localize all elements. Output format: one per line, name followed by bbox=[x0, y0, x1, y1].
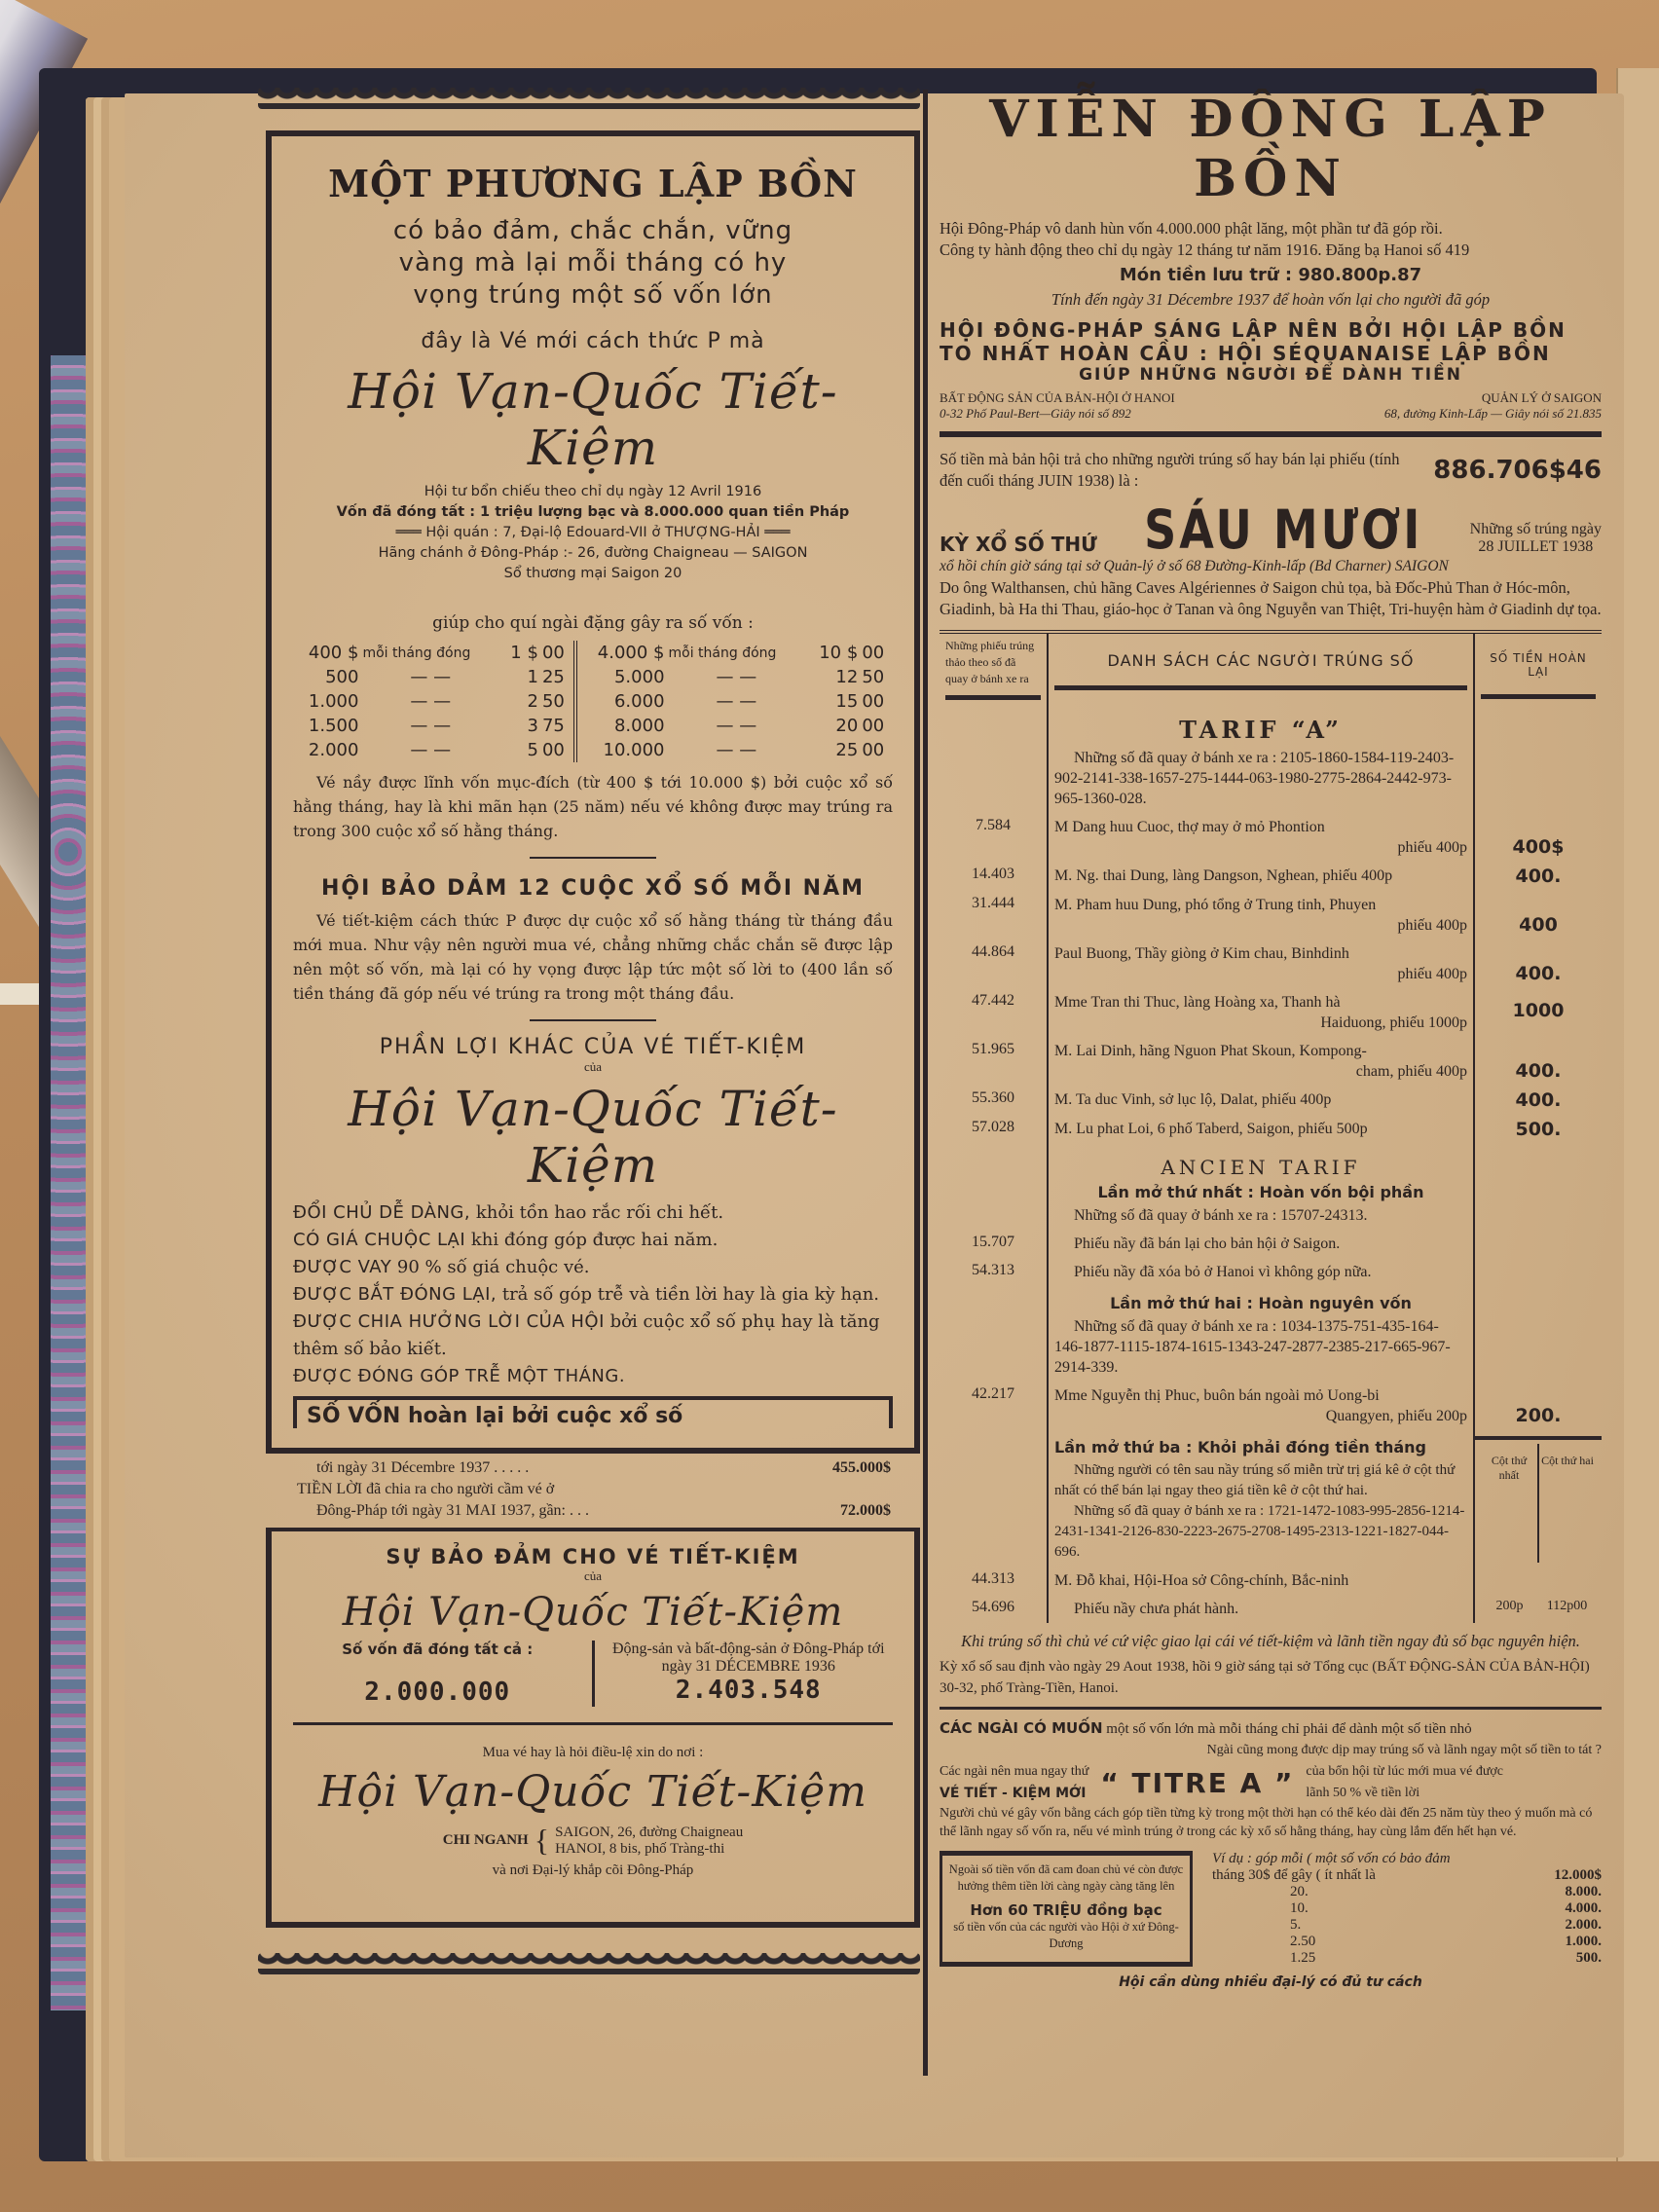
examples: Ví dụ : góp mỗi ( một số vốn có bảo đảm … bbox=[1212, 1851, 1602, 1967]
winner-entry: Paul Buong, Thầy giòng ở Kim chau, Binhd… bbox=[1047, 940, 1475, 988]
dollars-a: 5 bbox=[500, 738, 540, 762]
titre-a: “ TITRE A ” bbox=[1100, 1767, 1294, 1799]
col-second-head: Cột thứ hai bbox=[1539, 1444, 1596, 1563]
capital-b: 6.000 bbox=[575, 689, 666, 714]
capital-a: 500 bbox=[293, 665, 360, 689]
ad2-company: Hội Vạn-Quốc Tiết-Kiệm bbox=[293, 1590, 893, 1635]
dollars-a: 1 $ bbox=[500, 641, 540, 665]
buy-left-2: VÉ TIẾT - KIỆM MỚI bbox=[940, 1783, 1088, 1804]
box-text-2: số tiền vốn của các người vào Hội ở xứ Đ… bbox=[948, 1919, 1184, 1952]
dollars-a: 3 bbox=[500, 714, 540, 738]
assets-label: Động-sản và bất-động-sản ở Đông-Pháp tới… bbox=[605, 1641, 894, 1676]
assets-value: 2.403.548 bbox=[605, 1676, 894, 1705]
divider bbox=[293, 1722, 893, 1725]
label-a: — — bbox=[360, 714, 500, 738]
ad1-company: Hội Vạn-Quốc Tiết-Kiệm bbox=[293, 363, 893, 476]
lottery-header: KỲ XỔ SỐ THỨ SÁU MƯƠI Những số trúng ngà… bbox=[940, 503, 1602, 556]
rates-row: 500 — — 1 25 5.000 — — 12 50 bbox=[293, 665, 893, 689]
dollars-b: 15 bbox=[806, 689, 860, 714]
benefit-item: ĐƯỢC VAY 90 % số giá chuộc vé. bbox=[293, 1254, 893, 1281]
intro-line-2: Công ty hành động theo chỉ dụ ngày 12 th… bbox=[940, 240, 1602, 261]
repaid-details: tới ngày 31 Décembre 1937 . . . . .455.0… bbox=[258, 1454, 920, 1522]
cents-b: 00 bbox=[860, 689, 893, 714]
right-title: VIỄN ĐÔNG LẬP BỒN bbox=[940, 90, 1602, 208]
divider bbox=[530, 1019, 656, 1021]
address-left: 0-32 Phố Paul-Bert—Giây nói số 892 bbox=[940, 406, 1175, 422]
guarantee-heading: HỘI BẢO DẢM 12 CUỘC XỔ SỐ MỖI NĂM bbox=[293, 876, 893, 901]
cents-b: 00 bbox=[860, 714, 893, 738]
rates-row: 400 $ mỗi tháng đóng 1 $ 00 4.000 $ mỗi … bbox=[293, 641, 893, 665]
promo-explain: Người chủ vé gây vốn bằng cách góp tiền … bbox=[940, 1804, 1602, 1841]
second-drawn: Những số đã quay ở bánh xe ra : 1034-137… bbox=[1054, 1316, 1467, 1378]
label-b: — — bbox=[667, 738, 807, 762]
ad2-figures: Số vốn đã đóng tất cả : 2.000.000 Động-s… bbox=[293, 1641, 893, 1707]
notice: Khi trúng số thì chủ vé cứ việc giao lại… bbox=[940, 1631, 1602, 1652]
dollars-b: 20 bbox=[806, 714, 860, 738]
winner-amount: 400. bbox=[1475, 940, 1602, 988]
capital-a: 2.000 bbox=[293, 738, 360, 762]
lottery-number: SÁU MƯƠI bbox=[1144, 498, 1422, 562]
capital-a: 400 $ bbox=[293, 641, 360, 665]
branch-saigon: SAIGON, 26, đường Chaigneau bbox=[555, 1825, 743, 1841]
header-names: DANH SÁCH CÁC NGƯỜI TRÚNG SỐ bbox=[1054, 638, 1467, 690]
col-first-head: Cột thứ nhất bbox=[1481, 1444, 1539, 1563]
benefit-item: ĐƯỢC ĐÓNG GÓP TRỄ MỘT THÁNG. bbox=[293, 1363, 893, 1390]
of-label: của bbox=[293, 1059, 893, 1075]
ticket-number: 55.360 bbox=[940, 1086, 1047, 1115]
winner-entry: Mme Nguyễn thị Phuc, buôn bán ngoài mỏ U… bbox=[1047, 1382, 1475, 1430]
winner-entry: M. Ta duc Vinh, sở lục lộ, Dalat, phiếu … bbox=[1047, 1086, 1475, 1115]
ticket-note: Phiếu nầy đã bán lại cho bản hội ở Saigo… bbox=[1047, 1230, 1475, 1258]
capital-value: 2.000.000 bbox=[293, 1677, 582, 1707]
ticket-number: 54.313 bbox=[940, 1258, 1047, 1286]
dollars-a: 1 bbox=[500, 665, 540, 689]
ad2-of: của bbox=[293, 1568, 893, 1584]
col-amounts: SỐ TIỀN HOÀN LẠI bbox=[1475, 634, 1602, 704]
ad1-detail-4: Hãng chánh ở Đông-Pháp :- 26, đường Chai… bbox=[293, 543, 893, 564]
winner-amount: 400. bbox=[1475, 1037, 1602, 1086]
ad1-tagline-1: có bảo đảm, chắc chắn, vững bbox=[293, 215, 893, 247]
example-row: tháng 30$ để gây ( ít nhất là12.000$ bbox=[1212, 1867, 1602, 1884]
example-row: 10.4.000. bbox=[1212, 1900, 1602, 1917]
wavy-bottom-rule bbox=[258, 1953, 920, 1974]
ad-guarantee: SỰ BẢO ĐẢM CHO VÉ TIẾT-KIỆM của Hội Vạn-… bbox=[266, 1528, 920, 1928]
third-note: Những người có tên sau nầy trúng số miễn… bbox=[1054, 1460, 1467, 1501]
founded-line-2: TO NHẤT HOÀN CẦU : HỘI SÉQUANAISE LẬP BỒ… bbox=[940, 342, 1602, 365]
second-opening-head: Lần mở thứ hai : Hoàn nguyên vốn bbox=[1054, 1294, 1467, 1312]
rates-intro: giúp cho quí ngài đặng gây ra số vốn : bbox=[293, 613, 893, 633]
benefit-item: ĐỔI CHỦ DỄ DÀNG, khỏi tồn hao rắc rối ch… bbox=[293, 1199, 893, 1227]
label-b: — — bbox=[667, 665, 807, 689]
ticket-number: 47.442 bbox=[940, 988, 1047, 1037]
branches: CHI NGANH { SAIGON, 26, đường Chaigneau … bbox=[293, 1823, 893, 1859]
ancien-tarif-title: ANCIEN TARIF bbox=[1054, 1156, 1467, 1179]
profit-line-2: Đông-Pháp tới ngày 31 MAI 1937, gần: . .… bbox=[316, 1500, 589, 1522]
lottery-date: 28 JUILLET 1938 bbox=[1470, 538, 1602, 556]
capital-a: 1.500 bbox=[293, 714, 360, 738]
paid-amount: 886.706$46 bbox=[1433, 456, 1602, 485]
third-drawn: Những số đã quay ở bánh xe ra : 1721-147… bbox=[1054, 1501, 1467, 1563]
address-right: 68, đường Kinh-Lấp — Giây nói số 21.835 bbox=[1384, 406, 1602, 422]
winner-entry: M Dang huu Cuoc, thợ may ở mỏ Phontionph… bbox=[1047, 813, 1475, 862]
rates-table: 400 $ mỗi tháng đóng 1 $ 00 4.000 $ mỗi … bbox=[293, 641, 893, 762]
divider bbox=[592, 1641, 595, 1707]
promo-footer: Hội cần dùng nhiều đại-lý có đủ tư cách bbox=[940, 1974, 1602, 1990]
benefits-company: Hội Vạn-Quốc Tiết-Kiệm bbox=[293, 1081, 893, 1194]
header-amounts: SỐ TIỀN HOÀN LẠI bbox=[1481, 638, 1596, 699]
rates-note: Vé nầy được lĩnh vốn mục-đích (từ 400 $ … bbox=[293, 770, 893, 843]
founded-line-1: HỘI ĐÔNG-PHÁP SÁNG LẬP NÊN BỞI HỘI LẬP B… bbox=[940, 318, 1602, 342]
ad3-company: Hội Vạn-Quốc Tiết-Kiệm bbox=[293, 1767, 893, 1817]
label-a: — — bbox=[360, 689, 500, 714]
branch-hanoi: HANOI, 8 bis, phố Tràng-thi bbox=[555, 1841, 743, 1858]
ad1-tagline-2: vàng mà lại mỗi tháng có hy bbox=[293, 247, 893, 279]
intro-line-1: Hội Đông-Pháp vô danh hùn vốn 4.000.000 … bbox=[940, 218, 1602, 240]
winner-entry: M. Lu phat Loi, 6 phố Taberd, Saigon, ph… bbox=[1047, 1115, 1475, 1144]
guarantee-text: Vé tiết-kiệm cách thức P được dự cuộc xổ… bbox=[293, 908, 893, 1006]
cents-b: 00 bbox=[860, 738, 893, 762]
ad1-detail-1: Hội tư bổn chiếu theo chỉ dụ ngày 12 Avr… bbox=[293, 482, 893, 502]
winner-amount: 1000 bbox=[1475, 988, 1602, 1037]
capital-b: 4.000 $ bbox=[575, 641, 666, 665]
first-drawn: Những số đã quay ở bánh xe ra : 15707-24… bbox=[1054, 1205, 1467, 1226]
example-head: Ví dụ : góp mỗi ( một số vốn có bảo đảm bbox=[1212, 1851, 1602, 1867]
ad1-detail-3: ═══ Hội quán : 7, Đại-lộ Edouard-VII ở T… bbox=[293, 523, 893, 543]
dollars-b: 12 bbox=[806, 665, 860, 689]
col-second-value: 112p00 bbox=[1538, 1599, 1596, 1619]
ticket-note: Phiếu nầy chưa phát hành. bbox=[1047, 1595, 1475, 1623]
ticket-number: 42.217 bbox=[940, 1382, 1047, 1430]
label-b: — — bbox=[667, 714, 807, 738]
example-row: 20.8.000. bbox=[1212, 1884, 1602, 1900]
box-text-1: Ngoài số tiền vốn đã cam đoan chủ vé còn… bbox=[948, 1862, 1184, 1895]
label-b: — — bbox=[667, 689, 807, 714]
profit-amount: 72.000$ bbox=[840, 1500, 891, 1522]
lottery-label: KỲ XỔ SỐ THỨ bbox=[940, 533, 1097, 556]
column-rule bbox=[923, 90, 928, 2076]
divider bbox=[530, 857, 656, 859]
ticket-number: 15.707 bbox=[940, 1230, 1047, 1258]
repaid-amount: 455.000$ bbox=[832, 1457, 891, 1479]
ticket-number: 14.403 bbox=[940, 862, 1047, 891]
promo-bottom: Ngoài số tiền vốn đã cam đoan chủ vé còn… bbox=[940, 1851, 1602, 1967]
winner-entry: M. Lai Dinh, hãng Nguon Phat Skoun, Komp… bbox=[1047, 1037, 1475, 1086]
titre-a-promo: CÁC NGÀI CÓ MUỐN một số vốn lớn mà mỗi t… bbox=[940, 1717, 1602, 1990]
capital-a: 1.000 bbox=[293, 689, 360, 714]
paid-section: Số tiền mà bản hội trả cho những người t… bbox=[940, 449, 1602, 492]
promo-box: Ngoài số tiền vốn đã cam đoan chủ vé còn… bbox=[940, 1851, 1193, 1967]
reserve-note: Tính đến ngày 31 Décembre 1937 để hoàn v… bbox=[940, 289, 1602, 311]
example-row: 2.501.000. bbox=[1212, 1934, 1602, 1950]
label-a: mỗi tháng đóng bbox=[360, 641, 500, 665]
cents-a: 75 bbox=[540, 714, 575, 738]
benefit-item: CÓ GIÁ CHUỘC LẠI khi đóng góp được hai n… bbox=[293, 1227, 893, 1254]
left-column: MỘT PHƯƠNG LẬP BỒN có bảo đảm, chắc chắn… bbox=[258, 88, 920, 1974]
reserve: Món tiền lưu trữ : 980.800p.87 bbox=[940, 265, 1602, 285]
ticket-number: 31.444 bbox=[940, 891, 1047, 940]
ad-savings-plan: MỘT PHƯƠNG LẬP BỒN có bảo đảm, chắc chắn… bbox=[266, 130, 920, 1454]
paid-text: Số tiền mà bản hội trả cho những người t… bbox=[940, 449, 1407, 492]
dollars-b: 25 bbox=[806, 738, 860, 762]
next-draw: Kỳ xổ số sau định vào ngày 29 Aout 1938,… bbox=[940, 1656, 1602, 1699]
capital-b: 8.000 bbox=[575, 714, 666, 738]
example-row: 1.25500. bbox=[1212, 1950, 1602, 1967]
promo-buy: Các ngài nên mua ngay thứ VÉ TIẾT - KIỆM… bbox=[940, 1761, 1602, 1804]
winner-amount: 400$ bbox=[1475, 813, 1602, 862]
winner-amount: 500. bbox=[1475, 1115, 1602, 1144]
profit-line-1: TIỀN LỜI đã chia ra cho người cầm vé ở bbox=[297, 1479, 891, 1500]
thick-rule bbox=[940, 431, 1602, 439]
box-big: Hơn 60 TRIỆU đồng bạc bbox=[948, 1902, 1184, 1919]
winner-entry: M. Pham huu Dung, phó tổng ở Trung tinh,… bbox=[1047, 891, 1475, 940]
benefit-item: ĐƯỢC CHIA HƯỞNG LỜI CỦA HỘI bởi cuộc xổ … bbox=[293, 1309, 893, 1363]
winner-entry: Mme Tran thi Thuc, làng Hoàng xa, Thanh … bbox=[1047, 988, 1475, 1037]
addresses: BẤT ĐỘNG SẢN CỦA BẢN-HỘI Ở HANOI 0-32 Ph… bbox=[940, 390, 1602, 422]
buy-right: của bổn hội từ lúc mới mua vé được lãnh … bbox=[1306, 1761, 1530, 1804]
col-tickets: Những phiếu trúng thảo theo số đã quay ở… bbox=[940, 634, 1047, 704]
header-tickets: Những phiếu trúng thảo theo số đã quay ở… bbox=[945, 638, 1041, 700]
ad1-detail-2: Vốn đã đóng tất : 1 triệu lượng bạc và 8… bbox=[293, 502, 893, 523]
cents-b: 50 bbox=[860, 665, 893, 689]
lottery-presiders: Do ông Walthansen, chủ hãng Caves Algéri… bbox=[940, 577, 1602, 620]
repaid-heading: SỐ VỐN hoàn lại bởi cuộc xổ số bbox=[307, 1404, 879, 1428]
col-first-value: 200p bbox=[1481, 1599, 1538, 1619]
buy-left-1: Các ngài nên mua ngay thứ bbox=[940, 1761, 1088, 1783]
benefit-item: ĐƯỢC BẮT ĐÓNG LẠI, trả số góp trễ và tiề… bbox=[293, 1281, 893, 1309]
example-row: 5.2.000. bbox=[1212, 1917, 1602, 1934]
ticket-note: M. Đỗ khai, Hội-Hoa sở Công-chính, Bắc-n… bbox=[1047, 1567, 1475, 1595]
ticket-number: 54.696 bbox=[940, 1595, 1047, 1623]
ticket-number: 7.584 bbox=[940, 813, 1047, 862]
ad2-headline: SỰ BẢO ĐẢM CHO VÉ TIẾT-KIỆM bbox=[293, 1545, 893, 1568]
label-b: mỗi tháng đóng bbox=[667, 641, 807, 665]
repaid-line: tới ngày 31 Décembre 1937 . . . . . bbox=[316, 1457, 529, 1479]
wavy-top-rule bbox=[258, 88, 920, 109]
ad3-intro: Mua vé hay là hỏi điều-lệ xin do nơi : bbox=[293, 1745, 893, 1761]
third-opening-head: Lần mở thứ ba : Khỏi phải đóng tiền thán… bbox=[1054, 1438, 1467, 1456]
capital-b: 5.000 bbox=[575, 665, 666, 689]
winners-table: Những phiếu trúng thảo theo số đã quay ở… bbox=[940, 630, 1602, 1623]
brace: { bbox=[535, 1823, 549, 1859]
ticket-number: 44.864 bbox=[940, 940, 1047, 988]
founded-line-3: GIÚP NHỮNG NGƯỜI ĐỂ DÀNH TIỀN bbox=[940, 365, 1602, 385]
tarif-a-title: TARIF “A” bbox=[1054, 716, 1467, 744]
rates-row: 2.000 — — 5 00 10.000 — — 25 00 bbox=[293, 738, 893, 762]
label-a: — — bbox=[360, 665, 500, 689]
ticket-number: 57.028 bbox=[940, 1115, 1047, 1144]
dollars-a: 2 bbox=[500, 689, 540, 714]
cents-a: 00 bbox=[540, 641, 575, 665]
cents-b: 00 bbox=[860, 641, 893, 665]
lottery-date-label: Những số trúng ngày bbox=[1470, 521, 1602, 538]
winner-entry: M. Ng. thai Dung, làng Dangson, Nghean, … bbox=[1047, 862, 1475, 891]
winner-amount: 400 bbox=[1475, 891, 1602, 940]
divider bbox=[940, 1707, 1602, 1710]
address-right-head: QUẢN LÝ Ở SAIGON bbox=[1384, 390, 1602, 406]
address-left-head: BẤT ĐỘNG SẢN CỦA BẢN-HỘI Ở HANOI bbox=[940, 390, 1175, 406]
capital-label: Số vốn đã đóng tất cả : bbox=[293, 1641, 582, 1658]
ticket-note: Phiếu nầy đã xóa bỏ ở Hanoi vì không góp… bbox=[1047, 1258, 1475, 1286]
ad1-tagline-3: vọng trúng một số vốn lớn bbox=[293, 279, 893, 312]
rates-row: 1.500 — — 3 75 8.000 — — 20 00 bbox=[293, 714, 893, 738]
cents-a: 00 bbox=[540, 738, 575, 762]
branch-label: CHI NGANH bbox=[443, 1832, 529, 1849]
winner-amount: 200. bbox=[1475, 1382, 1602, 1430]
ad1-intro: đây là Vé mới cách thức P mà bbox=[293, 325, 893, 357]
col-names: DANH SÁCH CÁC NGƯỜI TRÚNG SỐ bbox=[1047, 634, 1475, 704]
promo-lead: CÁC NGÀI CÓ MUỐN một số vốn lớn mà mỗi t… bbox=[940, 1717, 1602, 1740]
first-opening-head: Lần mở thứ nhất : Hoàn vốn bội phần bbox=[1054, 1183, 1467, 1201]
tarif-a-drawn: Những số đã quay ở bánh xe ra : 2105-186… bbox=[1054, 748, 1467, 809]
rates-row: 1.000 — — 2 50 6.000 — — 15 00 bbox=[293, 689, 893, 714]
winner-amount: 400. bbox=[1475, 1086, 1602, 1115]
benefits-heading: PHẦN LỢI KHÁC CỦA VÉ TIẾT-KIỆM bbox=[293, 1035, 893, 1059]
capital-b: 10.000 bbox=[575, 738, 666, 762]
ticket-number: 44.313 bbox=[940, 1567, 1047, 1595]
ticket-number: 51.965 bbox=[940, 1037, 1047, 1086]
cents-a: 50 bbox=[540, 689, 575, 714]
agents: và nơi Đại-lý khắp cõi Đông-Pháp bbox=[293, 1862, 893, 1879]
winner-amount: 400. bbox=[1475, 862, 1602, 891]
promo-line2: Ngài cũng mong được dịp may trúng số và … bbox=[940, 1740, 1602, 1761]
ad1-detail-5: Sổ thương mại Saigon 20 bbox=[293, 564, 893, 584]
ad1-headline: MỘT PHƯƠNG LẬP BỒN bbox=[293, 162, 893, 205]
cents-a: 25 bbox=[540, 665, 575, 689]
right-column: VIỄN ĐÔNG LẬP BỒN Hội Đông-Pháp vô danh … bbox=[940, 90, 1602, 1990]
dollars-b: 10 $ bbox=[806, 641, 860, 665]
label-a: — — bbox=[360, 738, 500, 762]
repaid-box: SỐ VỐN hoàn lại bởi cuộc xổ số bbox=[293, 1396, 893, 1428]
